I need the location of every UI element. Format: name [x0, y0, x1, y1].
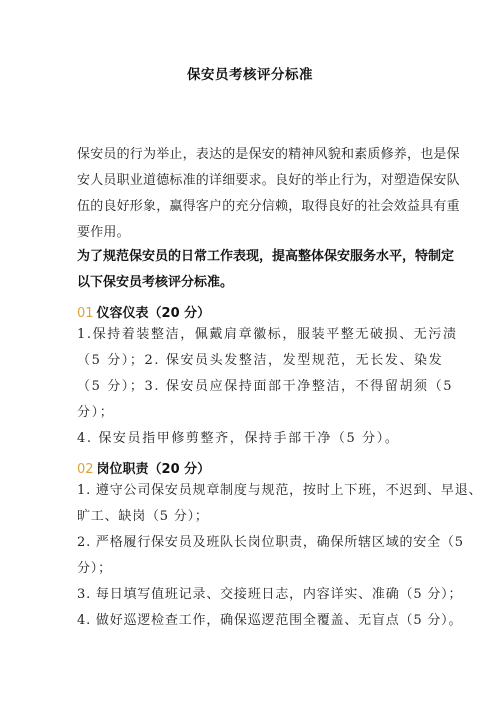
section-heading-duties: 02岗位职责（20 分）: [77, 458, 210, 477]
section-heading-text: 仪容仪表（20 分）: [97, 306, 211, 321]
purpose-paragraph: 为了规范保安员的日常工作表现，提高整体保安服务水平，特制定 以下保安员考核评分标…: [77, 244, 427, 296]
section-line: 分）；: [77, 400, 427, 426]
document-title: 保安员考核评分标准: [0, 63, 500, 83]
section-line: 4. 做好巡逻检查工作，确保巡逻范围全覆盖、无盲点（5 分）。: [77, 608, 427, 634]
section-heading-appearance: 01仪容仪表（20 分）: [77, 302, 210, 321]
section-line: 2. 严格履行保安员及班队长岗位职责，确保所辖区域的安全（5: [77, 530, 427, 556]
section-number: 01: [77, 306, 94, 321]
section-line: 1. 遵守公司保安员规章制度与规范，按时上下班，不迟到、早退、: [77, 478, 427, 504]
purpose-line: 为了规范保安员的日常工作表现，提高整体保安服务水平，特制定: [77, 244, 427, 270]
intro-paragraph: 保安员的行为举止，表达的是保安的精神风貌和素质修养，也是保 安人员职业道德标准的…: [77, 142, 427, 246]
section-line: 1.保持着装整洁，佩戴肩章徽标，服装平整无破损、无污渍: [77, 322, 427, 348]
section-line: 4. 保安员指甲修剪整齐，保持手部干净（5 分）。: [77, 426, 427, 452]
intro-line: 伍的良好形象，赢得客户的充分信赖，取得良好的社会效益具有重: [77, 194, 427, 220]
section-line: 3. 每日填写值班记录、交接班日志，内容详实、准确（5 分）；: [77, 582, 427, 608]
purpose-line: 以下保安员考核评分标准。: [77, 270, 427, 296]
document-page: 保安员考核评分标准 保安员的行为举止，表达的是保安的精神风貌和素质修养，也是保 …: [0, 0, 500, 707]
intro-line: 安人员职业道德标准的详细要求。良好的举止行为，对塑造保安队: [77, 168, 427, 194]
section-items-appearance: 1.保持着装整洁，佩戴肩章徽标，服装平整无破损、无污渍 （5 分）；2. 保安员…: [77, 322, 427, 452]
intro-line: 要作用。: [77, 220, 427, 246]
section-line: （5 分）；2. 保安员头发整洁，发型规范，无长发、染发: [77, 348, 427, 374]
section-items-duties: 1. 遵守公司保安员规章制度与规范，按时上下班，不迟到、早退、 旷工、缺岗（5 …: [77, 478, 427, 634]
intro-line: 保安员的行为举止，表达的是保安的精神风貌和素质修养，也是保: [77, 142, 427, 168]
section-number: 02: [77, 462, 94, 477]
section-line: 旷工、缺岗（5 分）；: [77, 504, 427, 530]
section-heading-text: 岗位职责（20 分）: [97, 462, 211, 477]
section-line: 分）；: [77, 556, 427, 582]
section-line: （5 分）；3. 保安员应保持面部干净整洁，不得留胡须（5: [77, 374, 427, 400]
